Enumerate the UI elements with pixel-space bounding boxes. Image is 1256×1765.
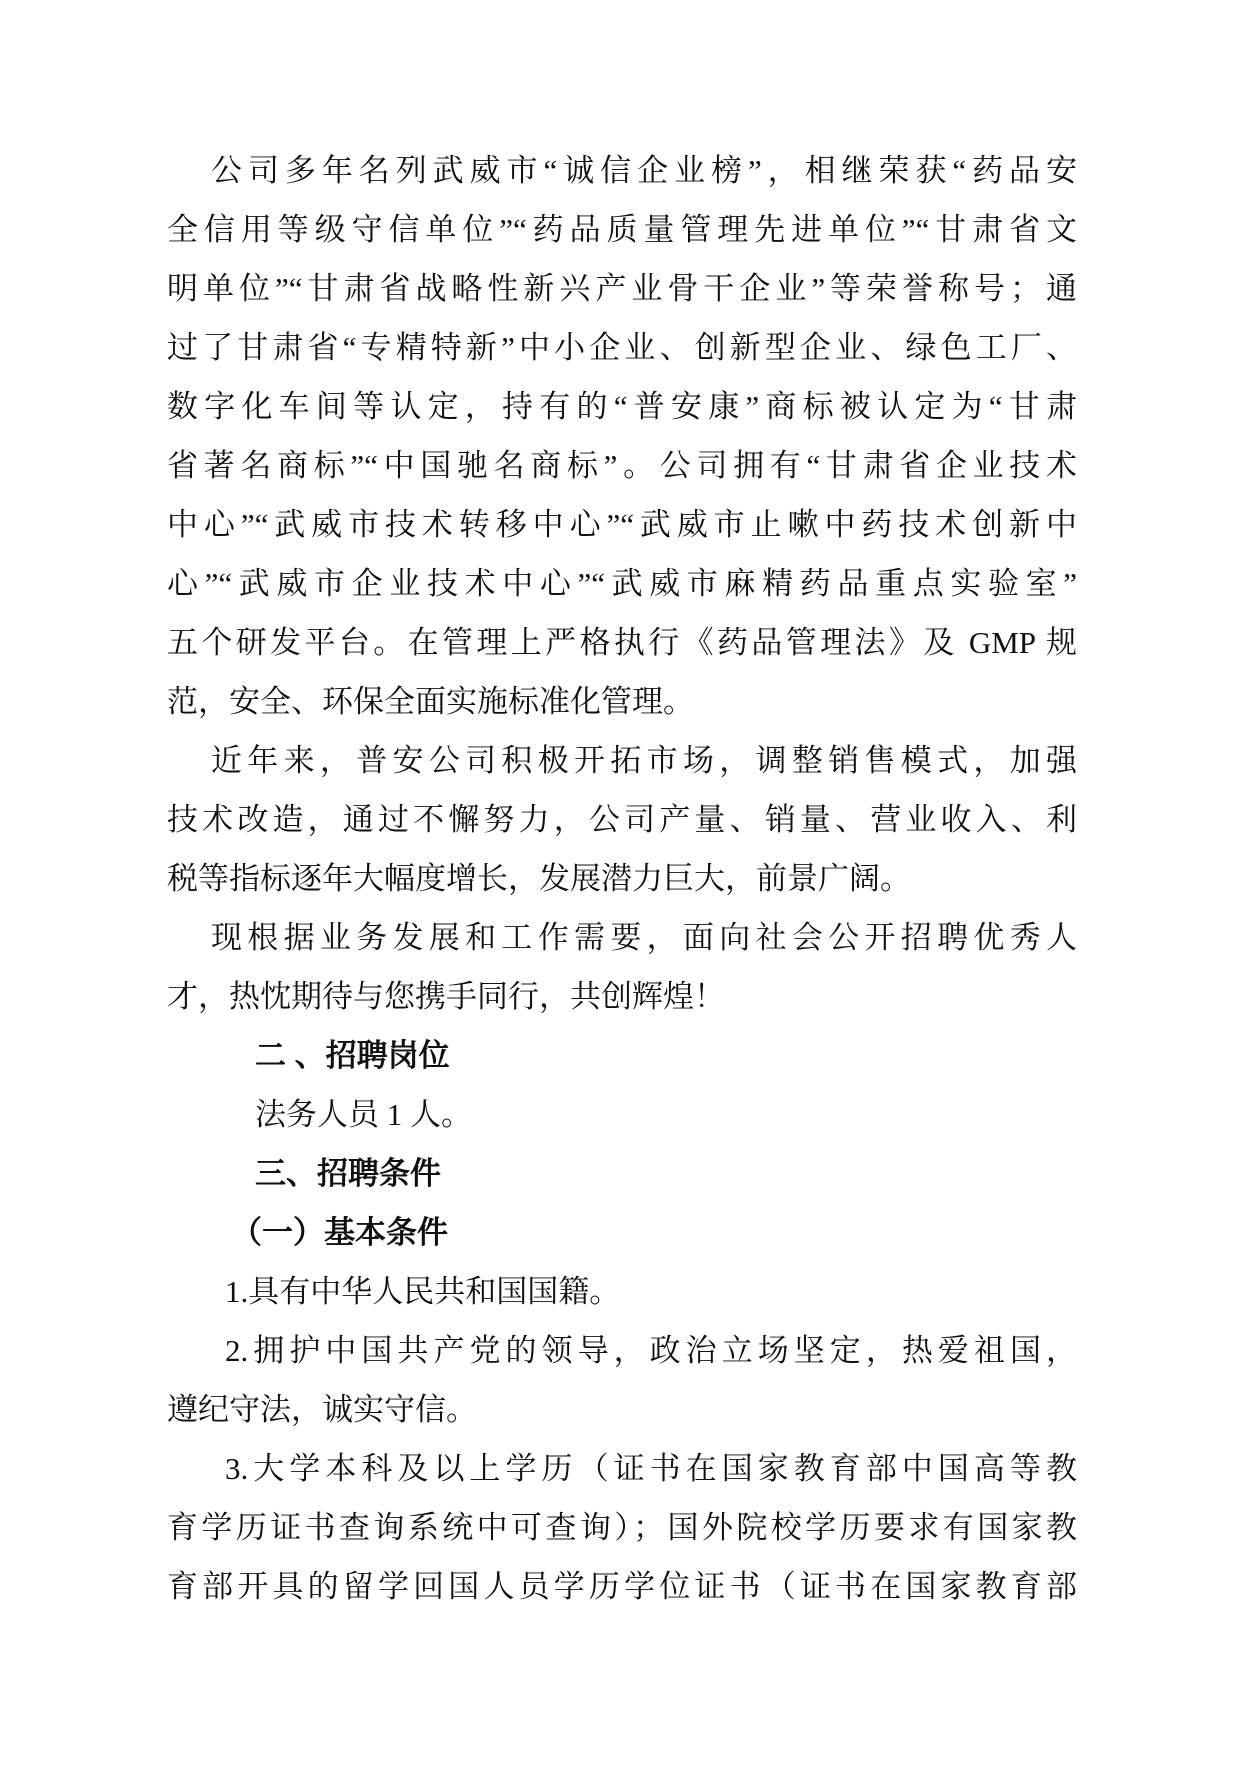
text-line: 二 、招聘岗位 bbox=[167, 1026, 1077, 1085]
text-line: 全信用等级守信单位”“药品质量管理先进单位”“甘肃省文 bbox=[167, 200, 1077, 259]
text-line: 2.拥护中国共产党的领导，政治立场坚定，热爱祖国， bbox=[167, 1321, 1077, 1380]
text-line: 法务人员 1 人。 bbox=[167, 1085, 1077, 1144]
text-line: （一）基本条件 bbox=[167, 1203, 1077, 1262]
text-line: 育学历证书查询系统中可查询）；国外院校学历要求有国家教 bbox=[167, 1498, 1077, 1557]
text-line: 中心”“武威市技术转移中心”“武威市止嗽中药技术创新中 bbox=[167, 495, 1077, 554]
text-line: 现根据业务发展和工作需要，面向社会公开招聘优秀人 bbox=[167, 908, 1077, 967]
text-line: 税等指标逐年大幅度增长，发展潜力巨大，前景广阔。 bbox=[167, 849, 1077, 908]
text-line: 数字化车间等认定，持有的“普安康”商标被认定为“甘肃 bbox=[167, 377, 1077, 436]
document-page: 公司多年名列武威市“诚信企业榜”，相继荣获“药品安全信用等级守信单位”“药品质量… bbox=[0, 0, 1256, 1765]
text-line: 近年来，普安公司积极开拓市场，调整销售模式，加强 bbox=[167, 731, 1077, 790]
text-line: 1.具有中华人民共和国国籍。 bbox=[167, 1262, 1077, 1321]
text-line: 省著名商标”“中国驰名商标”。公司拥有“甘肃省企业技术 bbox=[167, 436, 1077, 495]
text-line: 五个研发平台。在管理上严格执行《药品管理法》及 GMP 规 bbox=[167, 613, 1077, 672]
text-line: 心”“武威市企业技术中心”“武威市麻精药品重点实验室” bbox=[167, 554, 1077, 613]
text-line: 三、招聘条件 bbox=[167, 1144, 1077, 1203]
document-text: 公司多年名列武威市“诚信企业榜”，相继荣获“药品安全信用等级守信单位”“药品质量… bbox=[167, 141, 1077, 1616]
text-line: 遵纪守法，诚实守信。 bbox=[167, 1380, 1077, 1439]
text-line: 技术改造，通过不懈努力，公司产量、销量、营业收入、利 bbox=[167, 790, 1077, 849]
text-line: 3.大学本科及以上学历（证书在国家教育部中国高等教 bbox=[167, 1439, 1077, 1498]
text-line: 公司多年名列武威市“诚信企业榜”，相继荣获“药品安 bbox=[167, 141, 1077, 200]
text-line: 明单位”“甘肃省战略性新兴产业骨干企业”等荣誉称号；通 bbox=[167, 259, 1077, 318]
text-line: 才，热忱期待与您携手同行，共创辉煌！ bbox=[167, 967, 1077, 1026]
text-line: 育部开具的留学回国人员学历学位证书（证书在国家教育部 bbox=[167, 1557, 1077, 1616]
text-line: 过了甘肃省“专精特新”中小企业、创新型企业、绿色工厂、 bbox=[167, 318, 1077, 377]
text-line: 范，安全、环保全面实施标准化管理。 bbox=[167, 672, 1077, 731]
